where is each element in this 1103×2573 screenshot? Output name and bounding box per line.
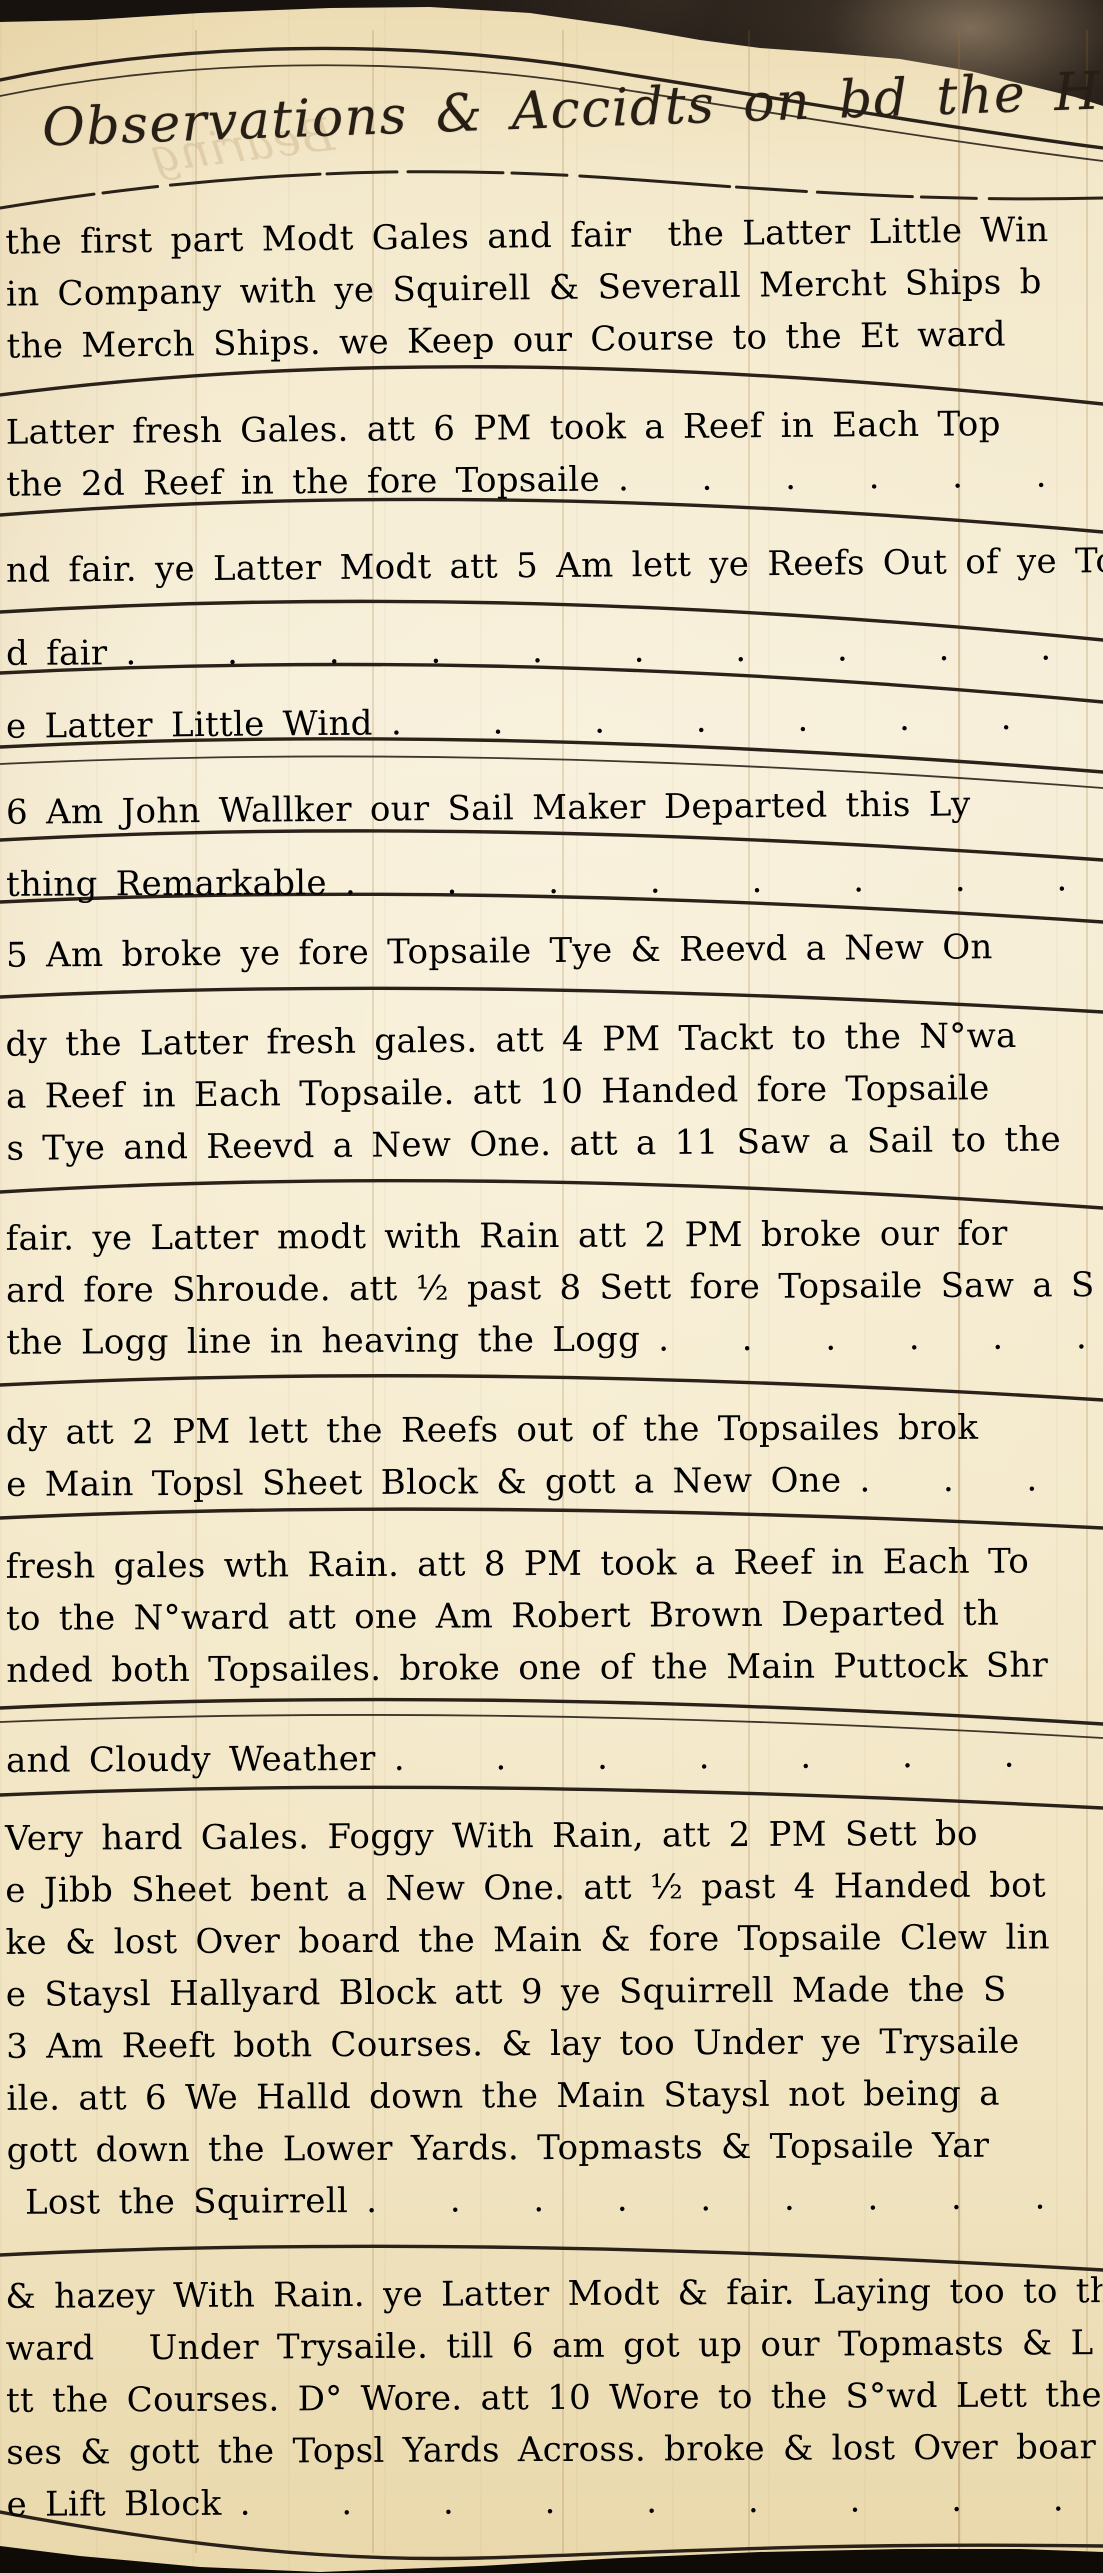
log-line: a Reef in Each Topsaile. att 10 Handed f… — [0, 1061, 1103, 1123]
log-entry: e Latter Little Wind . . . . . . . . . — [0, 691, 1103, 753]
log-line: e Latter Little Wind . . . . . . . . . — [0, 691, 1103, 753]
log-entry: dy the Latter fresh gales. att 4 PM Tack… — [0, 1009, 1103, 1175]
log-line: ses & gott the Topsl Yards Across. broke… — [0, 2421, 1103, 2479]
log-line: 3 Am Reeft both Courses. & lay too Under… — [0, 2015, 1103, 2073]
log-line: Lost the Squirrell . . . . . . . . . . . — [1, 2171, 1103, 2229]
log-line: the Logg line in heaving the Logg . . . … — [0, 1311, 1103, 1369]
log-line: ile. att 6 We Halld down the Main Staysl… — [0, 2067, 1103, 2125]
log-entry: fair. ye Latter modt with Rain att 2 PM … — [0, 1207, 1103, 1369]
log-entry: fresh gales wth Rain. att 8 PM took a Re… — [0, 1535, 1103, 1697]
log-line: e Staysl Hallyard Block att 9 ye Squirre… — [0, 1963, 1103, 2021]
log-line: 5 Am broke ye fore Topsaile Tye & Reevd … — [0, 920, 1103, 982]
log-line: s Tye and Reevd a New One. att a 11 Saw … — [0, 1113, 1103, 1175]
log-line: and Cloudy Weather . . . . . . . . . — [0, 1729, 1103, 1787]
log-line: the 2d Reef in the fore Topsaile . . . .… — [0, 449, 1103, 511]
log-line: to the N°ward att one Am Robert Brown De… — [0, 1587, 1103, 1645]
log-entry: 6 Am John Wallker our Sail Maker Departe… — [0, 777, 1103, 839]
log-entry: thing Remarkable . . . . . . . . . — [0, 853, 1103, 911]
log-entry: 5 Am broke ye fore Topsaile Tye & Reevd … — [0, 920, 1103, 982]
log-line: dy the Latter fresh gales. att 4 PM Tack… — [0, 1009, 1103, 1071]
log-entry: the first part Modt Gales and fair the L… — [0, 203, 1103, 372]
log-line: nded both Topsailes. broke one of the Ma… — [0, 1639, 1103, 1697]
log-entry: dy att 2 PM lett the Reefs out of the To… — [0, 1401, 1103, 1511]
log-line: fresh gales wth Rain. att 8 PM took a Re… — [0, 1535, 1103, 1593]
log-entry: & hazey With Rain. ye Latter Modt & fair… — [0, 2265, 1103, 2531]
log-line: ke & lost Over board the Main & fore Top… — [0, 1911, 1103, 1969]
log-entry: and Cloudy Weather . . . . . . . . . — [0, 1729, 1103, 1787]
logbook-page-photo: Bearing Observations & Accidts on — [0, 0, 1103, 2573]
log-line: Latter fresh Gales. att 6 PM took a Reef… — [0, 397, 1103, 459]
log-line: e Jibb Sheet bent a New One. att ½ past … — [0, 1859, 1102, 1917]
log-line: e Main Topsl Sheet Block & gott a New On… — [0, 1453, 1103, 1511]
log-entry: Very hard Gales. Foggy With Rain, att 2 … — [0, 1807, 1103, 2229]
log-line: fair. ye Latter modt with Rain att 2 PM … — [0, 1207, 1103, 1265]
log-entry: nd fair. ye Latter Modt att 5 Am lett ye… — [0, 535, 1103, 597]
log-line: gott down the Lower Yards. Topmasts & To… — [1, 2119, 1103, 2177]
log-line: ward Under Trysaile. till 6 am got up ou… — [0, 2317, 1103, 2375]
log-line: 6 Am John Wallker our Sail Maker Departe… — [0, 777, 1103, 839]
log-line: tt the Courses. D° Wore. att 10 Wore to … — [0, 2369, 1103, 2427]
log-line: Very hard Gales. Foggy With Rain, att 2 … — [0, 1807, 1102, 1865]
log-entry: Latter fresh Gales. att 6 PM took a Reef… — [0, 397, 1103, 511]
log-line: thing Remarkable . . . . . . . . . — [0, 853, 1103, 911]
log-line: & hazey With Rain. ye Latter Modt & fair… — [0, 2265, 1103, 2323]
log-line: nd fair. ye Latter Modt att 5 Am lett ye… — [0, 535, 1103, 597]
log-line: dy att 2 PM lett the Reefs out of the To… — [0, 1401, 1103, 1459]
log-line: d fair . . . . . . . . . . . . — [0, 622, 1103, 680]
log-line: e Lift Block . . . . . . . . . . . . — [0, 2473, 1103, 2531]
log-entry: d fair . . . . . . . . . . . . — [0, 622, 1103, 680]
log-line: ard fore Shroude. att ½ past 8 Sett fore… — [0, 1259, 1103, 1317]
